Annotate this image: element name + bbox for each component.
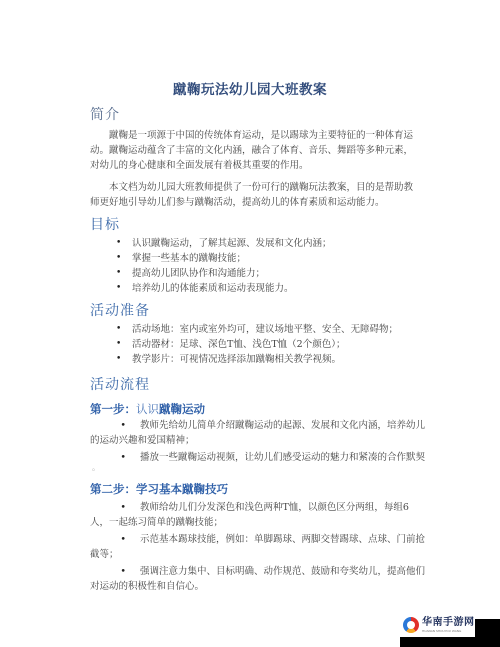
goals-list: 认识蹴鞠运动，了解其起源、发展和文化内涵； 掌握一些基本的蹴鞠技能； 提高幼儿团…: [90, 236, 420, 296]
site-watermark: 华南手游网 HUANAN SHOUYOU WANG: [400, 613, 475, 637]
intro-paragraph-1: 蹴鞠是一项源于中国的传统体育运动，是以踢球为主要特征的一种体育运动。蹴鞠运动蕴含…: [90, 128, 420, 173]
goal-item: 认识蹴鞠运动，了解其起源、发展和文化内涵；: [90, 236, 420, 251]
intro-heading: 简介: [90, 104, 120, 124]
trailing-period: 。: [92, 462, 100, 473]
intro-paragraph-2: 本文档为幼儿园大班教师提供了一份可行的蹴鞠玩法教案，目的是帮助教师更好地引导幼儿…: [90, 180, 420, 210]
step2-heading: 第二步：学习基本蹴鞠技巧: [90, 481, 228, 497]
goals-heading: 目标: [90, 214, 120, 234]
goal-item: 培养幼儿的体能素质和运动表现能力。: [90, 281, 420, 296]
step2-item: •示范基本踢球技能，例如：单脚踢球、两脚交替踢球、点球、门前抢截等；: [90, 532, 425, 562]
step2-item: •教师给幼儿们分发深色和浅色两种T恤，以颜色区分两组，每组6人，一起练习简单的蹴…: [90, 500, 425, 530]
step1-label: 第一步：: [90, 402, 136, 416]
watermark-name: 华南手游网: [422, 617, 475, 629]
step2-label: 第二步：: [90, 482, 136, 496]
document-page: 蹴鞠玩法幼儿园大班教案 简介 蹴鞠是一项源于中国的传统体育运动，是以踢球为主要特…: [0, 0, 500, 647]
step1-title-bold: 蹴鞠运动: [159, 402, 205, 416]
step2-list: •教师给幼儿们分发深色和浅色两种T恤，以颜色区分两组，每组6人，一起练习简单的蹴…: [90, 500, 425, 594]
black-bottom-bar: [400, 637, 500, 647]
step1-title-light: 认识: [136, 402, 159, 416]
goal-item: 掌握一些基本的蹴鞠技能；: [90, 251, 420, 266]
preparation-item: 活动场地：室内或室外均可，建议场地平整、安全、无障碍物；: [90, 322, 420, 337]
step2-title: 学习基本蹴鞠技巧: [136, 482, 228, 496]
preparation-list: 活动场地：室内或室外均可，建议场地平整、安全、无障碍物； 活动器材：足球、深色T…: [90, 322, 420, 367]
step1-item: •教师先给幼儿简单介绍蹴鞠运动的起源、发展和文化内涵，培养幼儿的运动兴趣和爱国精…: [90, 418, 425, 448]
preparation-heading: 活动准备: [90, 300, 150, 320]
step1-list: •教师先给幼儿简单介绍蹴鞠运动的起源、发展和文化内涵，培养幼儿的运动兴趣和爱国精…: [90, 418, 425, 465]
swoosh-logo-icon: [403, 617, 419, 633]
goal-item: 提高幼儿团队协作和沟通能力；: [90, 266, 420, 281]
watermark-subtitle: HUANAN SHOUYOU WANG: [422, 629, 475, 634]
step2-item: •强调注意力集中、目标明确、动作规范、鼓励和夸奖幼儿，提高他们对运动的积极性和自…: [90, 564, 425, 594]
document-title: 蹴鞠玩法幼儿园大班教案: [0, 78, 500, 98]
preparation-item: 教学影片：可视情况选择添加蹴鞠相关教学视频。: [90, 352, 420, 367]
preparation-item: 活动器材：足球、深色T恤、浅色T恤（2个颜色）；: [90, 337, 420, 352]
step1-item: •播放一些蹴鞠运动视频，让幼儿们感受运动的魅力和紧凑的合作默契: [90, 450, 425, 465]
step1-heading: 第一步：认识蹴鞠运动: [90, 401, 205, 417]
process-heading: 活动流程: [90, 374, 150, 394]
